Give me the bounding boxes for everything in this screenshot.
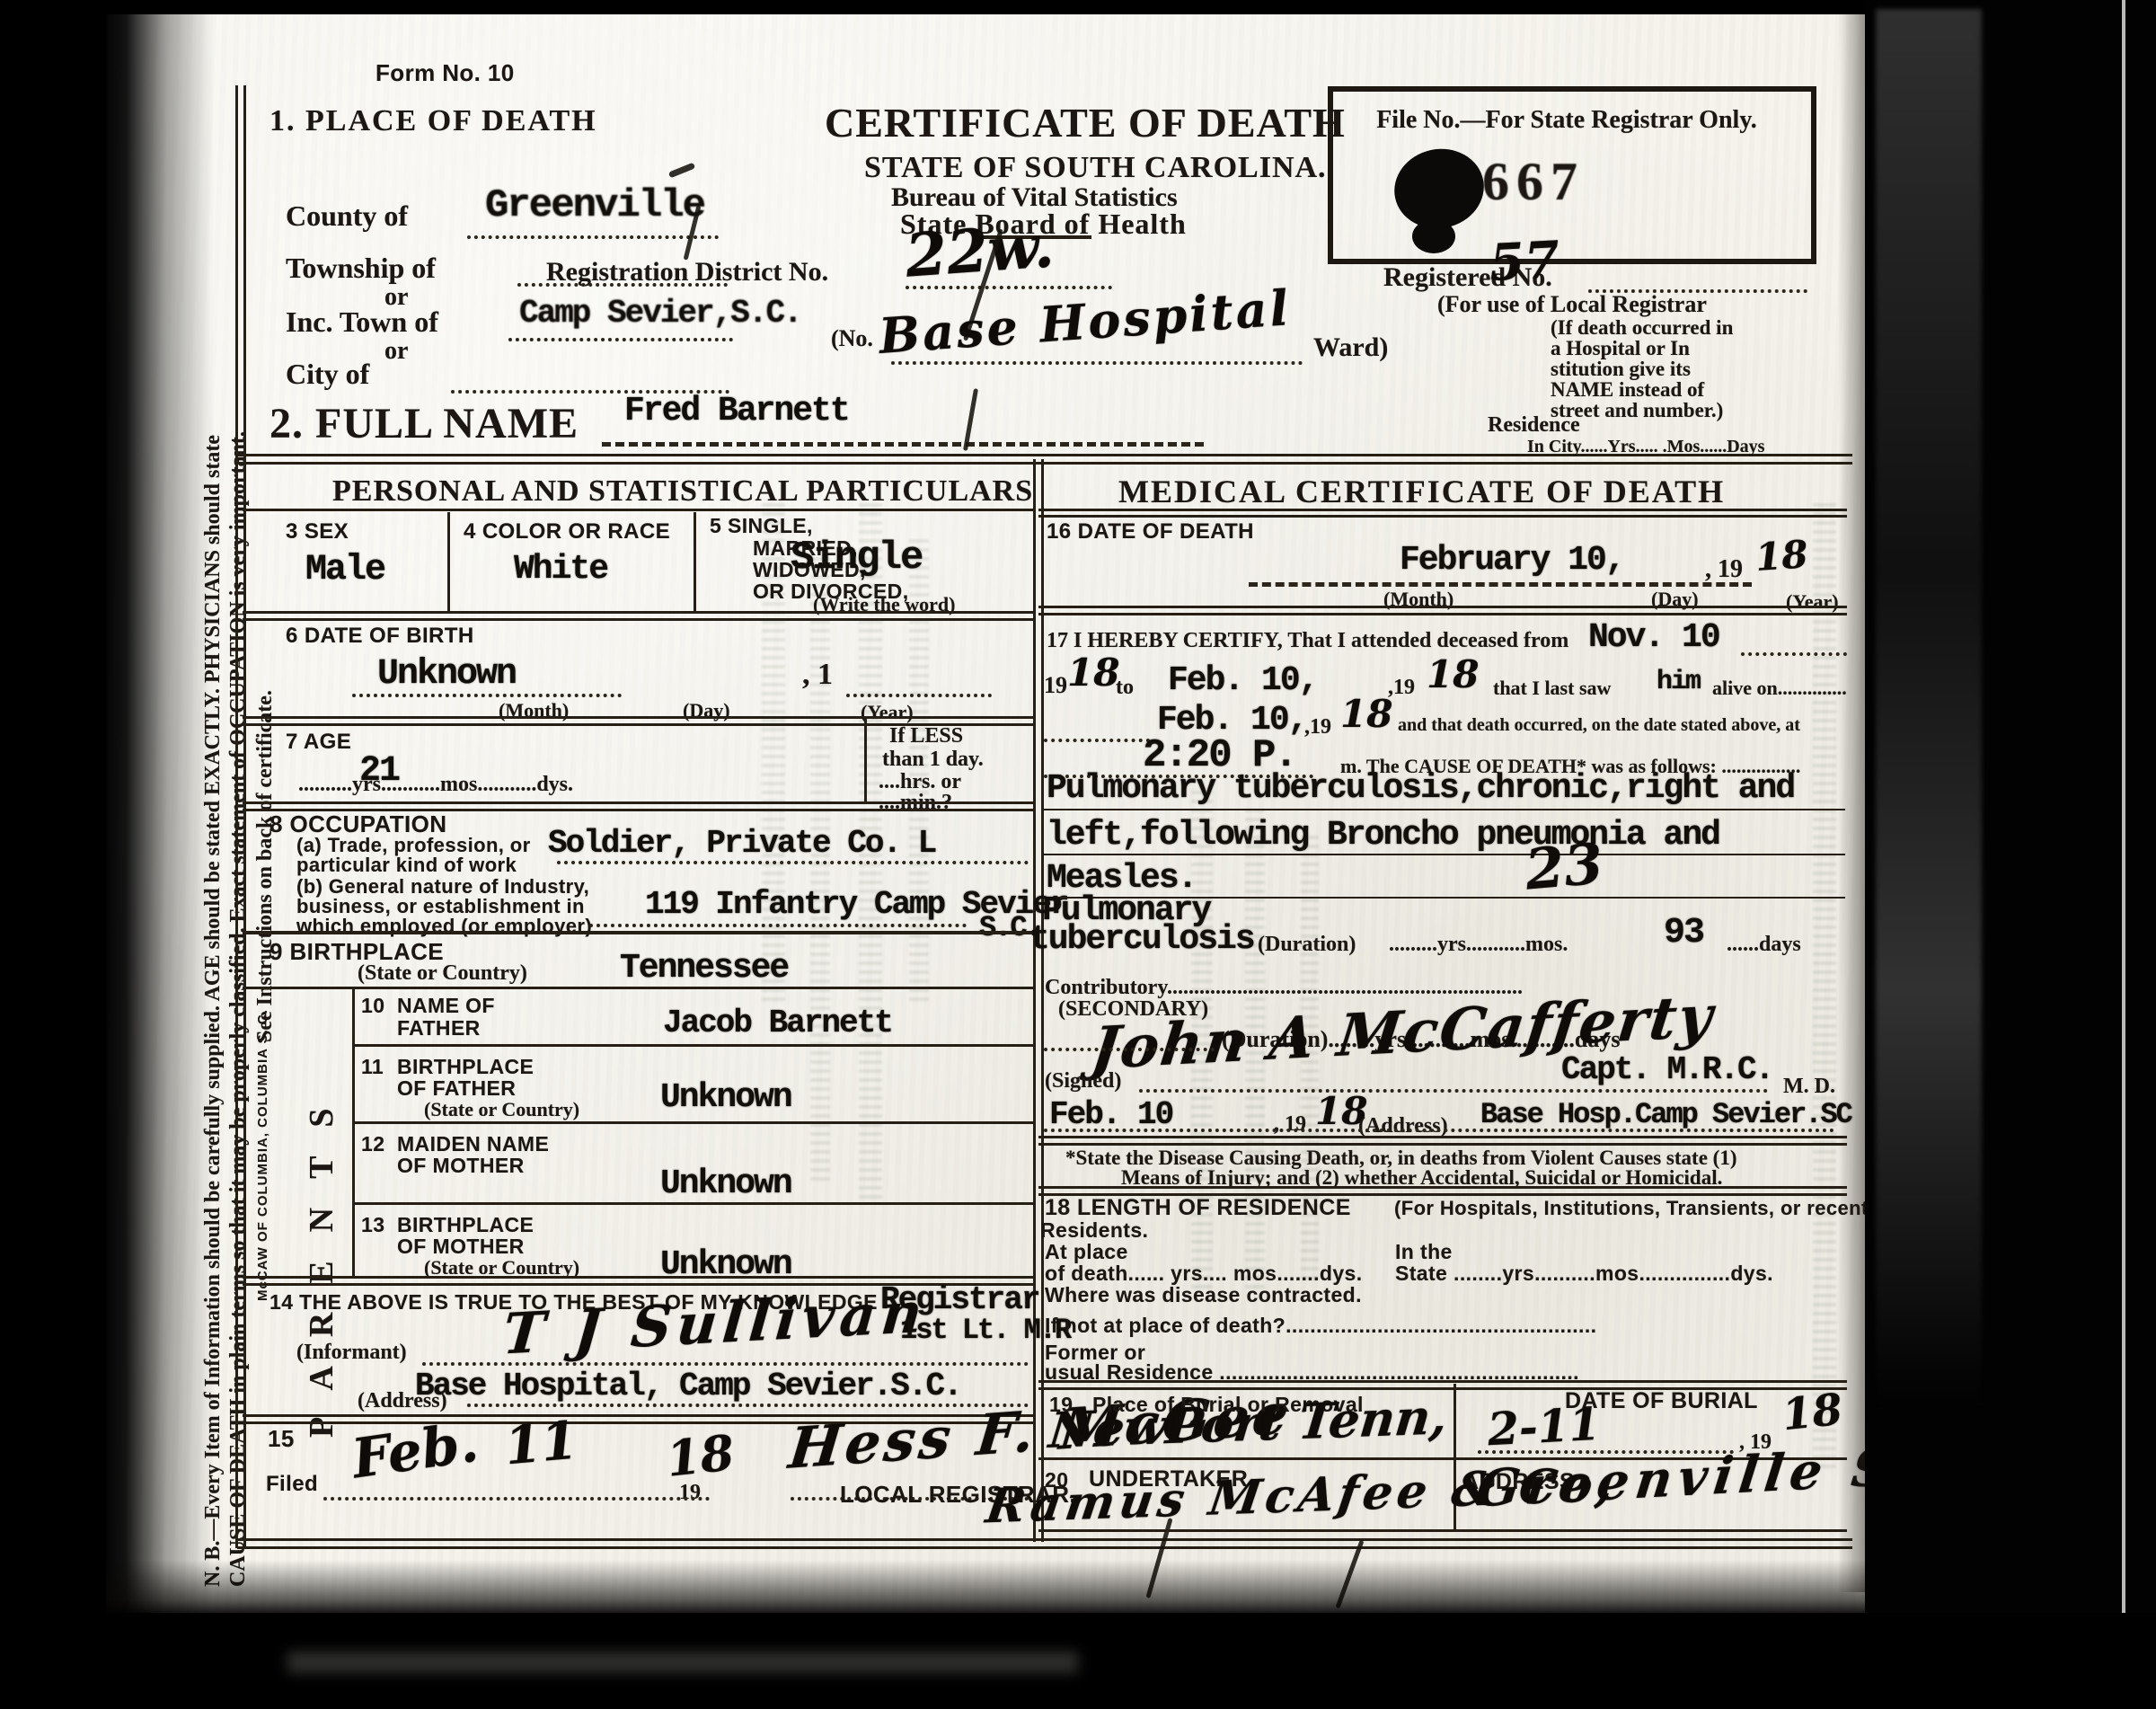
form-bottom-border (237, 1538, 1852, 1549)
duration-days-value: 93 (1664, 913, 1703, 953)
occupation-a-value: Soldier, Private Co. L (548, 825, 935, 862)
leader-dots (1741, 652, 1847, 656)
section1-title: 1. PLACE OF DEATH (269, 104, 597, 138)
year-hw: 18 (1340, 692, 1392, 736)
printed-19: , 19 (1274, 1112, 1306, 1137)
mother-label: MAIDEN NAME (397, 1132, 549, 1156)
date-of-death-label: 16 DATE OF DEATH (1047, 519, 1254, 545)
county-value: Greenville (485, 183, 704, 228)
ink-blot-tail (1412, 219, 1455, 253)
dob-label: 6 DATE OF BIRTH (286, 624, 474, 649)
residence-line: In City......Yrs..... .Mos......Days (1527, 437, 1764, 457)
race-label: 4 COLOR OR RACE (464, 519, 670, 545)
file-box-label: File No.—For State Registrar Only. (1349, 106, 1784, 135)
father-bp-label: BIRTHPLACE (397, 1055, 534, 1079)
burial-date-value: 2-11 (1487, 1397, 1602, 1456)
medical-section-title: MEDICAL CERTIFICATE OF DEATH (1118, 473, 1725, 510)
date-of-death-value: February 10, (1400, 541, 1624, 580)
age-less-label: If LESS (889, 724, 963, 748)
mother-bp-label: BIRTHPLACE (397, 1213, 534, 1237)
at-place-line: of death...... yrs.... mos.......dys. (1045, 1262, 1363, 1286)
scan-top-edge (0, 0, 2156, 14)
inc-town-label: Inc. Town of (286, 305, 438, 339)
leader-dots (1044, 1129, 1834, 1132)
in-the-label: In the (1395, 1240, 1453, 1264)
fullname-underline (602, 442, 1204, 447)
marital-label: 5 SINGLE, (710, 514, 813, 538)
if-not-line: If not at place of death?...............… (1045, 1314, 1596, 1338)
row-rule (355, 1121, 1033, 1124)
at-place-label: At place (1045, 1240, 1128, 1264)
leader-dots (557, 861, 1029, 864)
cell-divider (864, 719, 867, 801)
printed-19: ,19 (1304, 715, 1331, 739)
rule (243, 509, 1033, 511)
to-word: to (1116, 676, 1134, 700)
leader-dots (467, 235, 719, 239)
registered-no-value: 57 (1488, 230, 1560, 293)
row-rule (1038, 509, 1847, 518)
residence-paren: (For Hospitals, Institutions, Transients… (1394, 1197, 1869, 1220)
county-label: County of (286, 199, 408, 233)
leader-dots (846, 694, 992, 697)
residence-label: Residence (1488, 413, 1580, 438)
father-value: Jacob Barnett (663, 1005, 892, 1041)
cause-of-death-line5: tuberculosis (1029, 920, 1254, 959)
duration-days-word: ......days (1727, 933, 1801, 957)
filed-label: Filed (266, 1472, 318, 1497)
township-label: Township of (286, 252, 436, 285)
father-label: NAME OF (397, 994, 495, 1018)
mother-bp-label: OF MOTHER (397, 1235, 525, 1259)
or-word: or (384, 337, 408, 366)
scanner-streak (1876, 9, 1982, 1411)
cause-of-death-line1: Pulmonary tuberculosis,chronic,right and (1047, 769, 1794, 808)
dob-day-mark: , 1 (802, 658, 833, 692)
scanner-white-line (2122, 0, 2125, 1709)
leader-dots (1044, 1048, 1215, 1051)
residence-paren2: Residents. (1040, 1218, 1148, 1243)
printed-19: 19 (1044, 672, 1067, 699)
sex-label: 3 SEX (286, 519, 349, 545)
dob-value: Unknown (377, 654, 516, 695)
personal-section-title: PERSONAL AND STATISTICAL PARTICULARS (332, 474, 1033, 509)
row-rule (1038, 1136, 1847, 1146)
registration-district-value: 22w. (903, 210, 1056, 290)
fullname-value: Fred Barnett (624, 392, 849, 430)
form-left-border (235, 85, 246, 1548)
father-label: FATHER (397, 1016, 481, 1040)
md-label: M. D. (1783, 1075, 1835, 1099)
parents-label: PARENTS (302, 997, 341, 1438)
row-rule (243, 931, 1033, 934)
row-rule (1038, 606, 1847, 615)
lastsaw-dots: alive on.............. (1712, 677, 1847, 700)
sex-value: Male (305, 550, 384, 590)
marital-value: Single (791, 536, 922, 580)
in-state-line: State ........yrs..........mos..........… (1395, 1262, 1773, 1286)
filed-day-hw: 11 (502, 1410, 579, 1477)
scan-bottom-fade (106, 1560, 1865, 1617)
leader-dots (508, 338, 733, 341)
bleedthrough-texture (1813, 503, 1836, 1474)
cause-rule (1044, 854, 1845, 855)
physician-rank-typed: Capt. M.R.C. (1561, 1051, 1772, 1088)
physician-address-value: Base Hosp.Camp Sevier.SC (1480, 1098, 1851, 1131)
birthplace-value: Tennessee (620, 949, 788, 987)
address-label: (Address) (358, 1389, 447, 1413)
paper-right-shadow (1838, 11, 1865, 1592)
mother-label: OF MOTHER (397, 1154, 525, 1178)
filed-year-hw: 18 (664, 1423, 737, 1488)
lastsaw-date-value: Feb. 10, (1168, 661, 1317, 700)
date-underline (1249, 582, 1752, 587)
him-typed: him (1657, 667, 1700, 697)
row-rule (1038, 1529, 1847, 1532)
informant-address-value: Base Hospital, Camp Sevier.S.C. (415, 1368, 961, 1404)
row-rule (243, 611, 1033, 621)
birthplace-hint: (State or Country) (358, 961, 527, 986)
city-label: City of (286, 358, 369, 391)
death-year-hw: 18 (1754, 532, 1809, 580)
age-less-label: than 1 day. (882, 748, 984, 772)
local-registrar-use-note: (For use of Local Registrar (1437, 291, 1707, 318)
father-bp-label: OF FATHER (397, 1076, 516, 1101)
leader-dots (422, 1362, 1029, 1366)
leader-dots (891, 361, 1303, 365)
form-number: Form No. 10 (376, 59, 515, 87)
scanned-death-certificate: N. B.—Every Item of Information should b… (0, 0, 2156, 1709)
cell-divider (447, 512, 450, 613)
cause-rule (1044, 809, 1845, 810)
certificate-title: CERTIFICATE OF DEATH (825, 99, 1346, 146)
mother-no: 12 (361, 1132, 384, 1156)
attended-from-value: Nov. 10 (1588, 618, 1719, 657)
father-no: 10 (361, 994, 384, 1018)
row-rule (355, 1202, 1033, 1205)
year-hw: 18 (1427, 652, 1479, 696)
leader-dots (517, 283, 728, 287)
handwritten-23: 23 (1523, 830, 1605, 902)
age-units-line: ..........yrs...........mos...........dy… (298, 773, 573, 797)
duration-dots: .........yrs...........mos. (1389, 933, 1568, 957)
informant-label: (Informant) (296, 1341, 407, 1365)
burial-year-hw: 18 (1780, 1385, 1844, 1441)
row-rule (243, 987, 1033, 989)
leader-dots (1044, 739, 1150, 742)
mother-bp-no: 13 (361, 1213, 384, 1237)
inc-town-value: Camp Sevier,S.C. (519, 295, 801, 332)
father-bp-hint: (State or Country) (424, 1098, 579, 1121)
where-contracted-label: Where was disease contracted. (1045, 1283, 1362, 1307)
printed-19: , 19 (1705, 555, 1743, 584)
father-bp-no: 11 (361, 1055, 384, 1079)
race-value: White (514, 550, 607, 589)
cell-divider (694, 512, 696, 613)
file-number-stamp: 667 (1482, 151, 1585, 213)
cause-of-death-line2: left,following Broncho pneumonia and (1047, 816, 1719, 854)
occupation-b-label: which employed (or employer) (296, 915, 592, 938)
scanner-smear (287, 1651, 1078, 1673)
lastsaw-text: that I last saw (1493, 677, 1611, 700)
bleedthrough-texture (810, 557, 830, 1186)
ward-label: Ward) (1313, 332, 1388, 363)
leader-dots (1139, 1089, 1768, 1093)
occupation-a-label: particular kind of work (296, 854, 517, 877)
certify-line: 17 I HEREBY CERTIFY, That I attended dec… (1047, 629, 1568, 653)
occurred-text: and that death occurred, on the date sta… (1398, 715, 1800, 736)
fullname-label: 2. FULL NAME (269, 399, 579, 448)
residence-section-label: 18 LENGTH OF RESIDENCE (1045, 1195, 1351, 1221)
father-bp-value: Unknown (660, 1078, 791, 1117)
no-paren-label: (No. (831, 325, 873, 352)
scan-left-edge (0, 0, 214, 1709)
mother-value: Unknown (660, 1164, 791, 1203)
leader-dots (589, 924, 967, 927)
leader-dots (352, 694, 622, 697)
row-rule (355, 1044, 1033, 1047)
printer-credit: McCAW OF COLUMBIA, COLUMBIA S. C. (255, 1032, 270, 1301)
leader-dots (323, 1497, 710, 1501)
filed-section-no: 15 (268, 1425, 295, 1453)
signed-label: (Signed) (1045, 1069, 1121, 1094)
duration-label: (Duration) (1258, 933, 1356, 957)
parents-divider (352, 988, 355, 1276)
year-hw: 18 (1067, 651, 1119, 695)
state-line: STATE OF SOUTH CAROLINA. (864, 151, 1327, 185)
signed-date-value: Feb. 10 (1049, 1096, 1172, 1133)
age-label: 7 AGE (286, 730, 351, 755)
address-label: (Address) (1358, 1114, 1448, 1138)
